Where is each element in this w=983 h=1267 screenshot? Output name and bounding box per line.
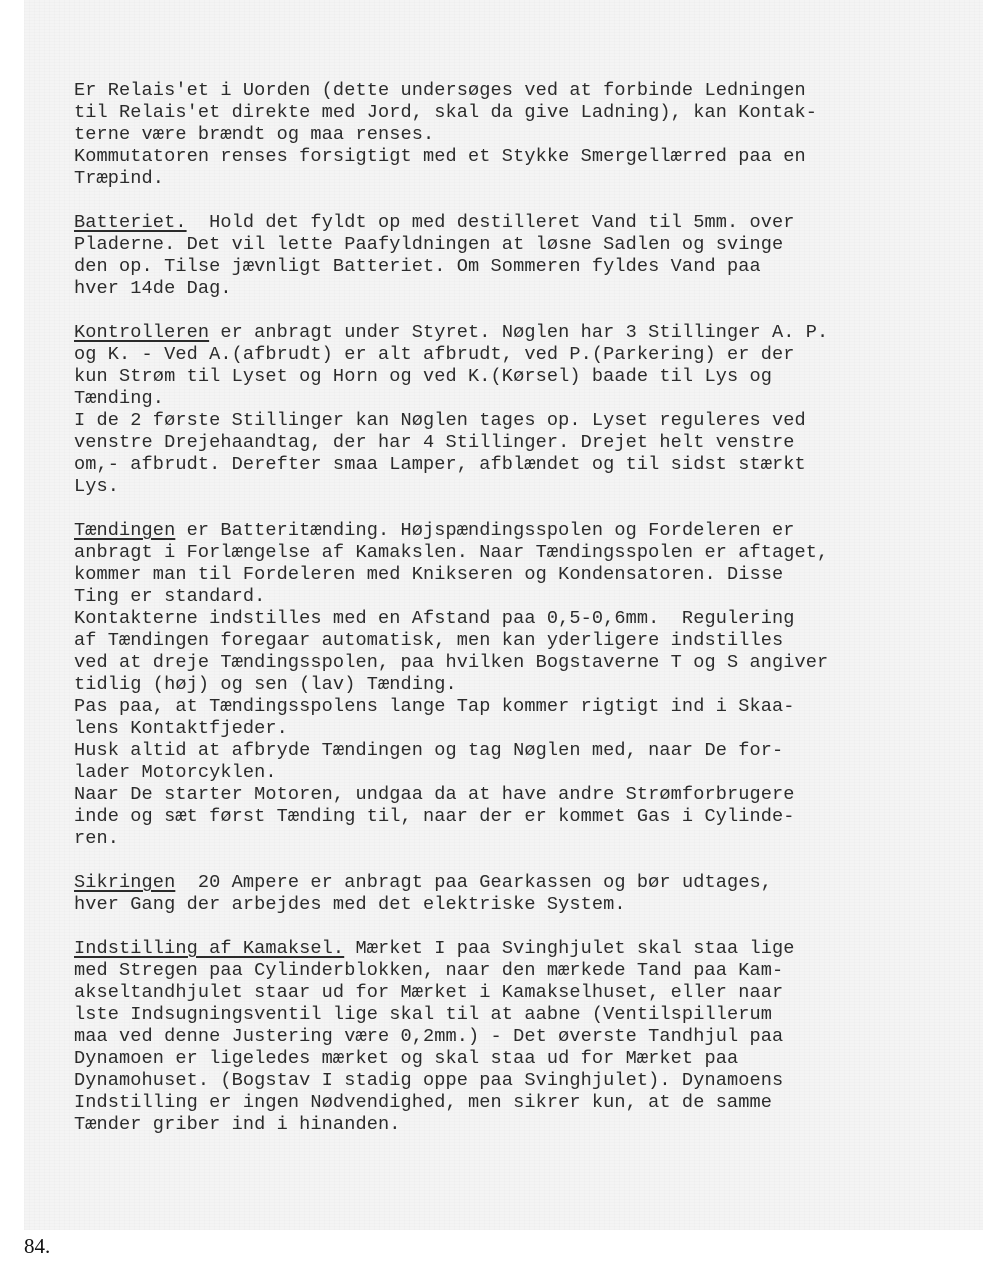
paragraph: Batteriet. Hold det fyldt op med destill… <box>74 212 964 300</box>
text-line: ren. <box>74 828 964 850</box>
text-line: af Tændingen foregaar automatisk, men ka… <box>74 630 964 652</box>
text-line: Dynamohuset. (Bogstav I stadig oppe paa … <box>74 1070 964 1092</box>
text-line: Husk altid at afbryde Tændingen og tag N… <box>74 740 964 762</box>
text-line: Lys. <box>74 476 964 498</box>
text-line: Kontrolleren er anbragt under Styret. Nø… <box>74 322 964 344</box>
text-line: ved at dreje Tændingsspolen, paa hvilken… <box>74 652 964 674</box>
text-line: akseltandhjulet staar ud for Mærket i Ka… <box>74 982 964 1004</box>
text-line: inde og sæt først Tænding til, naar der … <box>74 806 964 828</box>
paragraph: Indstilling af Kamaksel. Mærket I paa Sv… <box>74 938 964 1136</box>
text-line: terne være brændt og maa renses. <box>74 124 964 146</box>
section-heading: Batteriet. <box>74 212 187 233</box>
text-line: hver 14de Dag. <box>74 278 964 300</box>
section-heading: Indstilling af Kamaksel. <box>74 938 344 959</box>
text-line: kun Strøm til Lyset og Horn og ved K.(Kø… <box>74 366 964 388</box>
text-line: Pladerne. Det vil lette Paafyldningen at… <box>74 234 964 256</box>
text-line: om,- afbrudt. Derefter smaa Lamper, afbl… <box>74 454 964 476</box>
text-line: den op. Tilse jævnligt Batteriet. Om Som… <box>74 256 964 278</box>
text-line: lste Indsugningsventil lige skal til at … <box>74 1004 964 1026</box>
heading-line-text: 20 Ampere er anbragt paa Gearkassen og b… <box>175 872 772 893</box>
text-line: Dynamoen er ligeledes mærket og skal sta… <box>74 1048 964 1070</box>
text-line: Naar De starter Motoren, undgaa da at ha… <box>74 784 964 806</box>
text-line: kommer man til Fordeleren med Knikseren … <box>74 564 964 586</box>
text-line: Pas paa, at Tændingsspolens lange Tap ko… <box>74 696 964 718</box>
section-heading: Sikringen <box>74 872 175 893</box>
text-line: Kommutatoren renses forsigtigt med et St… <box>74 146 964 168</box>
text-line: venstre Drejehaandtag, der har 4 Stillin… <box>74 432 964 454</box>
text-line: anbragt i Forlængelse af Kamakslen. Naar… <box>74 542 964 564</box>
text-line: hver Gang der arbejdes med det elektrisk… <box>74 894 964 916</box>
heading-line-text: er anbragt under Styret. Nøglen har 3 St… <box>209 322 828 343</box>
text-line: Tænding. <box>74 388 964 410</box>
text-line: Indstilling er ingen Nødvendighed, men s… <box>74 1092 964 1114</box>
text-line: Træpind. <box>74 168 964 190</box>
section-heading: Kontrolleren <box>74 322 209 343</box>
paragraph: Sikringen 20 Ampere er anbragt paa Geark… <box>74 872 964 916</box>
text-line: Ting er standard. <box>74 586 964 608</box>
heading-line-text: Mærket I paa Svinghjulet skal staa lige <box>344 938 794 959</box>
text-line: til Relais'et direkte med Jord, skal da … <box>74 102 964 124</box>
typewritten-text: Er Relais'et i Uorden (dette undersøges … <box>74 80 964 1158</box>
text-line: tidlig (høj) og sen (lav) Tænding. <box>74 674 964 696</box>
text-line: Indstilling af Kamaksel. Mærket I paa Sv… <box>74 938 964 960</box>
page-number: 84. <box>24 1234 50 1259</box>
text-line: lader Motorcyklen. <box>74 762 964 784</box>
text-line: I de 2 første Stillinger kan Nøglen tage… <box>74 410 964 432</box>
scanned-page: Er Relais'et i Uorden (dette undersøges … <box>24 0 983 1230</box>
text-line: Kontakterne indstilles med en Afstand pa… <box>74 608 964 630</box>
text-line: Tændingen er Batteritænding. Højspænding… <box>74 520 964 542</box>
text-line: Er Relais'et i Uorden (dette undersøges … <box>74 80 964 102</box>
paragraph: Er Relais'et i Uorden (dette undersøges … <box>74 80 964 190</box>
text-line: Batteriet. Hold det fyldt op med destill… <box>74 212 964 234</box>
text-line: Tænder griber ind i hinanden. <box>74 1114 964 1136</box>
text-line: og K. - Ved A.(afbrudt) er alt afbrudt, … <box>74 344 964 366</box>
heading-line-text: Hold det fyldt op med destilleret Vand t… <box>187 212 795 233</box>
text-line: lens Kontaktfjeder. <box>74 718 964 740</box>
paragraph: Tændingen er Batteritænding. Højspænding… <box>74 520 964 850</box>
text-line: med Stregen paa Cylinderblokken, naar de… <box>74 960 964 982</box>
text-line: maa ved denne Justering være 0,2mm.) - D… <box>74 1026 964 1048</box>
paragraph: Kontrolleren er anbragt under Styret. Nø… <box>74 322 964 498</box>
section-heading: Tændingen <box>74 520 175 541</box>
text-line: Sikringen 20 Ampere er anbragt paa Geark… <box>74 872 964 894</box>
heading-line-text: er Batteritænding. Højspændingsspolen og… <box>175 520 794 541</box>
